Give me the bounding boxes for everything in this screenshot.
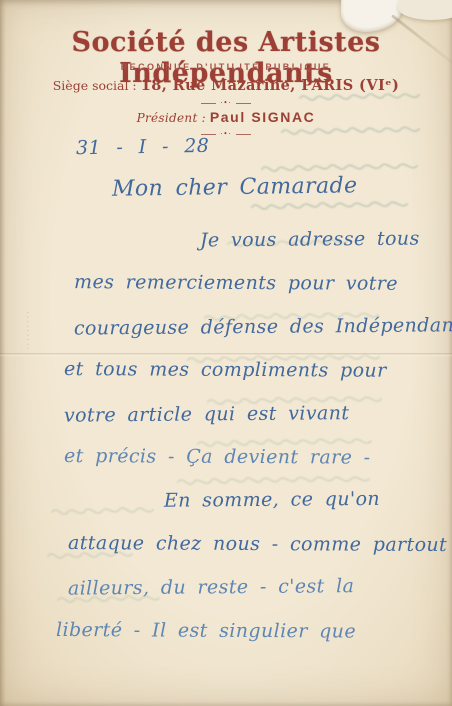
president-name: Paul SIGNAC [210,109,316,125]
body-line: Je vous adresse tous [56,227,446,274]
body-line: mes remerciements pour votre [56,271,446,316]
body-line: attaque chez nous - comme partout [56,532,446,577]
body-line: courageuse défense des Indépendants. [56,314,446,361]
letter-scan: Société des Artistes Indépendants RECONN… [0,0,452,706]
torn-paper-edge [398,0,452,20]
handwritten-date: 31 - I - 28 [76,135,210,159]
letter-body: Je vous adresse tous mes remerciements p… [56,229,446,663]
siege-social-label: Siège social : [53,78,137,93]
body-line: votre article qui est vivant [56,401,446,448]
divider-line [201,103,216,104]
letterhead-divider: ·•· [0,100,452,106]
letterhead-subtitle: RECONNUE D'UTILITÉ PUBLIQUE [0,62,452,72]
siege-social-value: 18, Rue Mazarine, PARIS (VIᵉ) [141,77,399,94]
body-line: ailleurs, du reste - c'est la [56,574,446,621]
salutation: Mon cher Camarade [112,173,358,201]
letterhead-divider: ·•· [0,131,452,137]
letterhead-address: Siège social : 18, Rue Mazarine, PARIS (… [0,77,452,94]
body-line: et tous mes compliments pour [56,358,446,403]
body-line: En somme, ce qu'on [56,488,446,535]
divider-line [236,103,251,104]
divider-dots: ·•· [220,131,232,137]
body-line: et précis - Ça devient rare - [56,445,446,490]
letterhead-president: Président : Paul SIGNAC [0,109,452,125]
divider-line [236,134,251,135]
divider-dots: ·•· [220,100,232,106]
body-line: liberté - Il est singulier que [56,618,446,663]
president-label: Président : [137,111,206,125]
printer-mark: ········· [24,311,30,352]
